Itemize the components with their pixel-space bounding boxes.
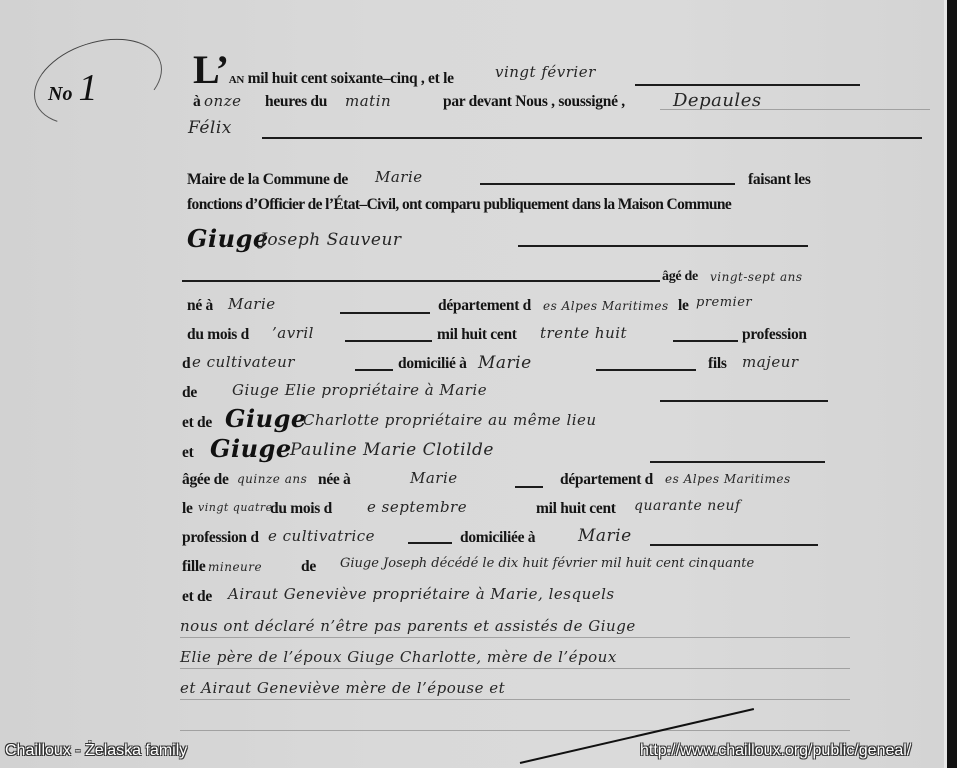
scan-border — [947, 0, 957, 768]
bride-mother: Airaut Geneviève propriétaire à Marie, l… — [228, 585, 615, 603]
time-of-day-handwritten: matin — [345, 92, 391, 110]
bride-departement: es Alpes Maritimes — [665, 472, 791, 486]
civil-register-page: No1 L’AN mil huit cent soixante–cinq , e… — [0, 0, 947, 768]
record-number-value: 1 — [78, 67, 97, 109]
departement-text: département d — [438, 297, 531, 315]
fonctions-text: fonctions d’Officier de l’État–Civil, on… — [187, 196, 731, 214]
faint-rule — [180, 730, 850, 731]
le-text: le — [678, 297, 689, 315]
rule — [650, 461, 825, 463]
du-mois-text: du mois d — [187, 326, 249, 344]
rule — [340, 312, 430, 314]
groom-surname: Giuge — [187, 224, 269, 253]
hour-handwritten: onze — [204, 92, 241, 110]
groom-birthplace: Marie — [228, 295, 276, 313]
par-devant-nous-text: par devant Nous , soussigné , — [443, 93, 625, 111]
an-smallcaps: AN — [229, 74, 244, 86]
officer-surname-handwritten: Depaules — [673, 90, 762, 111]
watermark-url: http://www.chailloux.org/public/geneal/ — [640, 742, 911, 760]
heures-du-text: heures du — [265, 93, 327, 111]
declaration-line-3: et Airaut Geneviève mère de l’épouse et — [180, 679, 505, 697]
groom-mother-surname: Giuge — [225, 404, 307, 433]
bride-birth-day: vingt quatre — [198, 501, 273, 514]
rule — [182, 280, 660, 282]
rule — [345, 340, 432, 342]
fils-text: fils — [708, 355, 727, 373]
rule — [596, 369, 696, 371]
mil-huit-cent-text: mil huit cent — [437, 326, 517, 344]
rule — [355, 369, 393, 371]
de-text: de — [301, 558, 316, 576]
officer-firstname-handwritten: Félix — [188, 118, 232, 138]
declaration-line-2: Elie père de l’époux Giuge Charlotte, mè… — [180, 648, 617, 666]
domicilie-text: domicilié à — [398, 355, 467, 373]
rule — [515, 486, 543, 488]
rule — [650, 544, 818, 546]
year-text: mil huit cent soixante–cinq , et le — [248, 70, 454, 87]
et-text: et — [182, 444, 193, 462]
bride-age: quinze ans — [237, 472, 307, 486]
fille-text: fille — [182, 558, 205, 576]
profession-text: profession d — [182, 529, 259, 547]
de-text: de — [182, 384, 197, 402]
faisant-les-text: faisant les — [748, 171, 811, 189]
bride-birth-month: e septembre — [367, 498, 467, 516]
rule — [518, 245, 808, 247]
commune-handwritten: Marie — [375, 168, 423, 186]
groom-father: Giuge Elie propriétaire à Marie — [232, 381, 487, 399]
rule — [262, 137, 922, 139]
nee-a-text: née à — [318, 471, 351, 489]
record-number: No1 — [48, 66, 97, 110]
rule — [660, 400, 828, 402]
bride-given-names: Pauline Marie Clotilde — [290, 440, 494, 460]
rule — [408, 542, 452, 544]
bride-father: Giuge Joseph décédé le dix huit février … — [340, 556, 754, 571]
domiciliee-text: domiciliée à — [460, 529, 535, 547]
initial-letter: L’ — [193, 47, 229, 92]
profession-text: profession — [742, 326, 807, 344]
groom-birth-year: trente huit — [540, 324, 627, 342]
et-de-text: et de — [182, 414, 212, 432]
bride-birthplace: Marie — [410, 469, 458, 487]
groom-birth-month: ’avril — [272, 324, 314, 342]
faint-rule — [180, 668, 850, 669]
a-text: à — [193, 93, 200, 111]
groom-residence: Marie — [478, 353, 532, 373]
et-de-text: et de — [182, 588, 212, 606]
watermark-family: Chailloux - Żelaska family — [5, 742, 187, 760]
bride-minority: mineure — [208, 560, 262, 574]
ne-a-text: né à — [187, 297, 213, 315]
d-text: d — [182, 355, 190, 373]
rule — [673, 340, 738, 342]
groom-given-names: Joseph Sauveur — [260, 230, 402, 250]
groom-age-handwritten: vingt-sept ans — [710, 270, 803, 284]
bride-surname: Giuge — [210, 434, 292, 463]
rule — [480, 183, 735, 185]
age-de-text: âgé de — [662, 269, 698, 285]
record-number-label: No — [48, 83, 72, 105]
rule — [635, 84, 860, 86]
le-text: le — [182, 500, 193, 518]
faint-rule — [180, 637, 850, 638]
groom-departement: es Alpes Maritimes — [543, 299, 669, 313]
faint-rule — [660, 109, 930, 110]
date-handwritten: vingt février — [495, 63, 596, 81]
mil-huit-cent-text: mil huit cent — [536, 500, 616, 518]
declaration-line-1: nous ont déclaré n’être pas parents et a… — [180, 617, 636, 635]
bride-birth-year: quarante neuf — [634, 498, 741, 514]
groom-mother: Charlotte propriétaire au même lieu — [303, 411, 597, 429]
maire-commune-text: Maire de la Commune de — [187, 171, 348, 189]
bride-profession: e cultivatrice — [268, 527, 375, 545]
du-mois-text: du mois d — [270, 500, 332, 518]
groom-profession: e cultivateur — [192, 353, 295, 371]
line-1: L’AN mil huit cent soixante–cinq , et le — [193, 50, 454, 90]
departement-text: département d — [560, 471, 653, 489]
record-number-oval — [23, 24, 173, 141]
bride-residence: Marie — [578, 526, 632, 546]
faint-rule — [180, 699, 850, 700]
groom-birth-day: premier — [696, 295, 752, 310]
groom-majority: majeur — [742, 353, 799, 371]
agee-de-text: âgée de — [182, 471, 229, 489]
